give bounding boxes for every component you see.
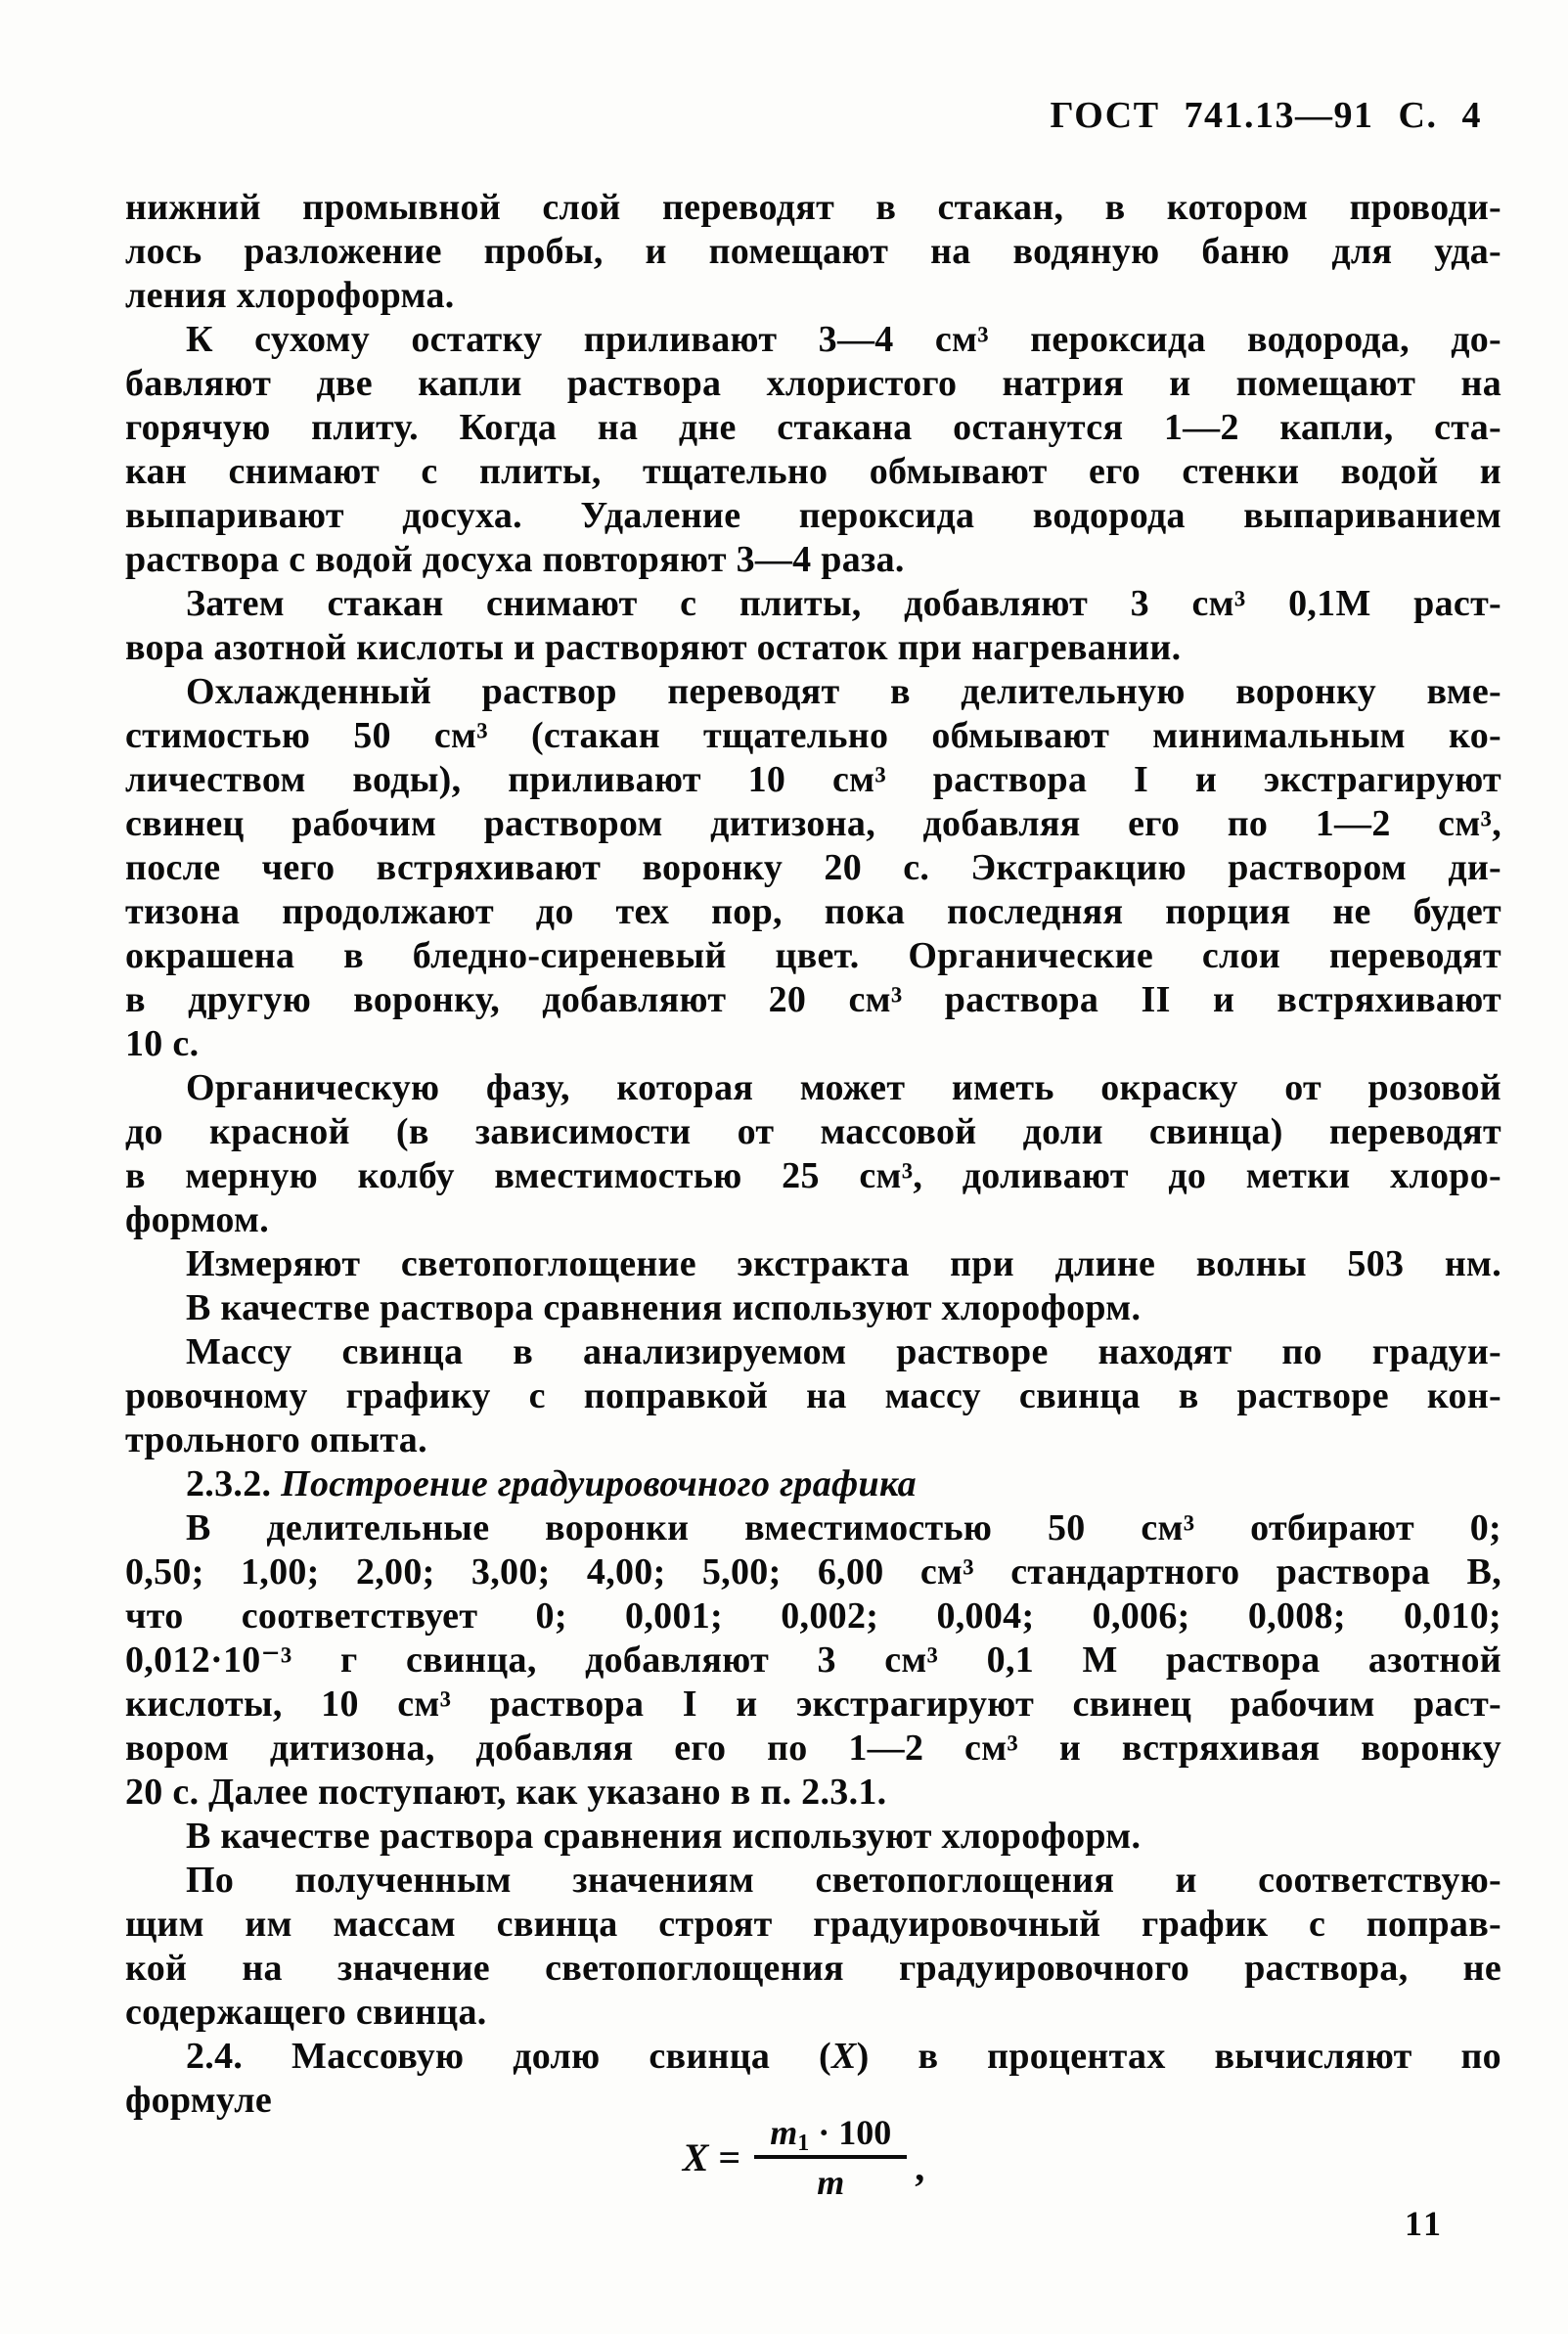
- text-line: Органическую фазу, которая может иметь о…: [125, 1066, 1501, 1110]
- document-header-reference: ГОСТ 741.13—91 С. 4: [125, 96, 1482, 135]
- formula-numerator-subscript: 1: [797, 2131, 809, 2156]
- text-segment: В качестве раствора сравнения используют…: [186, 1816, 1141, 1857]
- text-line: нижний промывной слой переводят в стакан…: [125, 186, 1501, 230]
- formula-trailing-comma: ,: [915, 2144, 924, 2190]
- text-line: Массу свинца в анализируемом растворе на…: [125, 1330, 1501, 1374]
- text-line: в другую воронку, добавляют 20 см³ раств…: [125, 978, 1501, 1022]
- text-line: В качестве раствора сравнения используют…: [125, 1815, 1501, 1859]
- formula-numerator: m1 · 100: [754, 2113, 907, 2152]
- text-line: до красной (в зависимости от массовой до…: [125, 1110, 1501, 1154]
- text-segment: По полученным значениям светопоглощения …: [186, 1860, 1501, 1901]
- text-line: вора азотной кислоты и растворяют остато…: [125, 626, 1501, 670]
- text-segment: лось разложение пробы, и помещают на вод…: [125, 231, 1501, 272]
- page-number: 11: [1405, 2203, 1444, 2244]
- text-segment: личеством воды), приливают 10 см³ раство…: [125, 759, 1501, 800]
- text-segment: 2.3.2.: [186, 1463, 281, 1504]
- text-line: кислоты, 10 см³ раствора I и экстрагирую…: [125, 1683, 1501, 1727]
- text-segment: Измеряют светопоглощение экстракта при д…: [186, 1243, 1501, 1284]
- text-segment: раствора с водой досуха повторяют 3—4 ра…: [125, 539, 905, 580]
- text-line: горячую плиту. Когда на дне стакана оста…: [125, 406, 1501, 450]
- text-segment: формом.: [125, 1199, 269, 1240]
- text-line: окрашена в бледно-сиреневый цвет. Органи…: [125, 934, 1501, 978]
- text-line: что соответствует 0; 0,001; 0,002; 0,004…: [125, 1594, 1501, 1638]
- italic-text-segment: X: [831, 2036, 857, 2077]
- text-line: Охлажденный раствор переводят в делитель…: [125, 670, 1501, 714]
- text-line: содержащего свинца.: [125, 1991, 1501, 2035]
- text-segment: кой на значение светопоглощения градуиро…: [125, 1948, 1501, 1989]
- text-segment: В делительные воронки вместимостью 50 см…: [186, 1507, 1501, 1549]
- text-segment: 20 с. Далее поступают, как указано в п. …: [125, 1772, 886, 1813]
- body-text: нижний промывной слой переводят в стакан…: [125, 186, 1501, 2123]
- text-segment: В качестве раствора сравнения используют…: [186, 1287, 1141, 1328]
- text-line: 20 с. Далее поступают, как указано в п. …: [125, 1771, 1501, 1815]
- text-line: после чего встряхивают воронку 20 с. Экс…: [125, 846, 1501, 890]
- text-segment: до красной (в зависимости от массовой до…: [125, 1111, 1501, 1152]
- text-segment: в мерную колбу вместимостью 25 см³, доли…: [125, 1155, 1501, 1196]
- text-line: 10 с.: [125, 1022, 1501, 1066]
- text-segment: 2.4. Массовую долю свинца (: [186, 2036, 831, 2077]
- text-segment: кан снимают с плиты, тщательно обмывают …: [125, 451, 1501, 492]
- text-segment: щим им массам свинца строят градуировочн…: [125, 1904, 1501, 1945]
- text-line: По полученным значениям светопоглощения …: [125, 1859, 1501, 1903]
- text-line: стимостью 50 см³ (стакан тщательно обмыв…: [125, 714, 1501, 758]
- text-line: вором дитизона, добавляя его по 1—2 см³ …: [125, 1727, 1501, 1771]
- text-segment: Массу свинца в анализируемом растворе на…: [186, 1331, 1501, 1372]
- text-line: ровочному графику с поправкой на массу с…: [125, 1374, 1501, 1418]
- text-segment: тизона продолжают до тех пор, пока после…: [125, 891, 1501, 932]
- formula-variable: X: [683, 2134, 709, 2180]
- text-segment: кислоты, 10 см³ раствора I и экстрагирую…: [125, 1683, 1501, 1725]
- text-line: бавляют две капли раствора хлористого на…: [125, 362, 1501, 406]
- text-line: 2.4. Массовую долю свинца (X) в процента…: [125, 2035, 1501, 2079]
- formula-equals-sign: =: [718, 2134, 740, 2180]
- text-line: личеством воды), приливают 10 см³ раство…: [125, 758, 1501, 802]
- text-line: Затем стакан снимают с плиты, добавляют …: [125, 582, 1501, 626]
- text-line: свинец рабочим раствором дитизона, добав…: [125, 802, 1501, 846]
- formula-denominator: m: [801, 2163, 860, 2202]
- text-segment: что соответствует 0; 0,001; 0,002; 0,004…: [125, 1595, 1501, 1637]
- text-line: ления хлороформа.: [125, 274, 1501, 318]
- text-segment: вором дитизона, добавляя его по 1—2 см³ …: [125, 1728, 1501, 1769]
- text-segment: трольного опыта.: [125, 1419, 427, 1460]
- text-segment: ровочному графику с поправкой на массу с…: [125, 1375, 1501, 1416]
- formula-numerator-variable: m: [770, 2113, 797, 2152]
- text-line: щим им массам свинца строят градуировочн…: [125, 1903, 1501, 1947]
- text-line: тизона продолжают до тех пор, пока после…: [125, 890, 1501, 934]
- text-segment: нижний промывной слой переводят в стакан…: [125, 187, 1501, 228]
- text-segment: Охлажденный раствор переводят в делитель…: [186, 671, 1501, 712]
- text-segment: 10 с.: [125, 1023, 199, 1064]
- text-line: трольного опыта.: [125, 1418, 1501, 1462]
- document-page: ГОСТ 741.13—91 С. 4 нижний промывной сло…: [0, 0, 1568, 2334]
- text-line: лось разложение пробы, и помещают на вод…: [125, 230, 1501, 274]
- text-line: В делительные воронки вместимостью 50 см…: [125, 1506, 1501, 1550]
- text-line: кан снимают с плиты, тщательно обмывают …: [125, 450, 1501, 494]
- text-segment: горячую плиту. Когда на дне стакана оста…: [125, 407, 1501, 448]
- text-segment: окрашена в бледно-сиреневый цвет. Органи…: [125, 935, 1501, 976]
- text-segment: 0,012·10⁻³ г свинца, добавляют 3 см³ 0,1…: [125, 1639, 1501, 1681]
- text-line: 0,012·10⁻³ г свинца, добавляют 3 см³ 0,1…: [125, 1638, 1501, 1683]
- text-line: К сухому остатку приливают 3—4 см³ перок…: [125, 318, 1501, 362]
- formula-numerator-factor: · 100: [809, 2113, 891, 2152]
- text-segment: ) в процентах вычисляют по: [857, 2036, 1501, 2077]
- text-line: Измеряют светопоглощение экстракта при д…: [125, 1242, 1501, 1286]
- text-segment: Затем стакан снимают с плиты, добавляют …: [186, 583, 1501, 624]
- text-line: в мерную колбу вместимостью 25 см³, доли…: [125, 1154, 1501, 1198]
- text-line: В качестве раствора сравнения используют…: [125, 1286, 1501, 1330]
- text-line: формом.: [125, 1198, 1501, 1242]
- text-segment: бавляют две капли раствора хлористого на…: [125, 363, 1501, 404]
- text-line: 0,50; 1,00; 2,00; 3,00; 4,00; 5,00; 6,00…: [125, 1550, 1501, 1594]
- formula-block: X = m1 · 100 m ,: [0, 2103, 1568, 2211]
- text-segment: после чего встряхивают воронку 20 с. Экс…: [125, 847, 1501, 888]
- text-line: 2.3.2. Построение градуировочного график…: [125, 1462, 1501, 1506]
- fraction-bar: [754, 2155, 907, 2159]
- text-segment: содержащего свинца.: [125, 1992, 487, 2033]
- text-segment: К сухому остатку приливают 3—4 см³ перок…: [186, 319, 1501, 360]
- text-segment: Органическую фазу, которая может иметь о…: [186, 1067, 1501, 1108]
- formula-denominator-variable: m: [817, 2163, 844, 2202]
- italic-text-segment: Построение градуировочного графика: [281, 1463, 917, 1504]
- text-line: кой на значение светопоглощения градуиро…: [125, 1947, 1501, 1991]
- text-segment: в другую воронку, добавляют 20 см³ раств…: [125, 979, 1501, 1020]
- text-segment: вора азотной кислоты и растворяют остато…: [125, 627, 1181, 668]
- text-segment: ления хлороформа.: [125, 275, 455, 316]
- text-segment: выпаривают досуха. Удаление пероксида во…: [125, 495, 1501, 536]
- text-segment: 0,50; 1,00; 2,00; 3,00; 4,00; 5,00; 6,00…: [125, 1551, 1501, 1593]
- text-segment: стимостью 50 см³ (стакан тщательно обмыв…: [125, 715, 1501, 756]
- text-segment: свинец рабочим раствором дитизона, добав…: [125, 803, 1501, 844]
- text-line: раствора с водой досуха повторяют 3—4 ра…: [125, 538, 1501, 582]
- formula-fraction: m1 · 100 m: [754, 2113, 907, 2202]
- text-line: выпаривают досуха. Удаление пероксида во…: [125, 494, 1501, 538]
